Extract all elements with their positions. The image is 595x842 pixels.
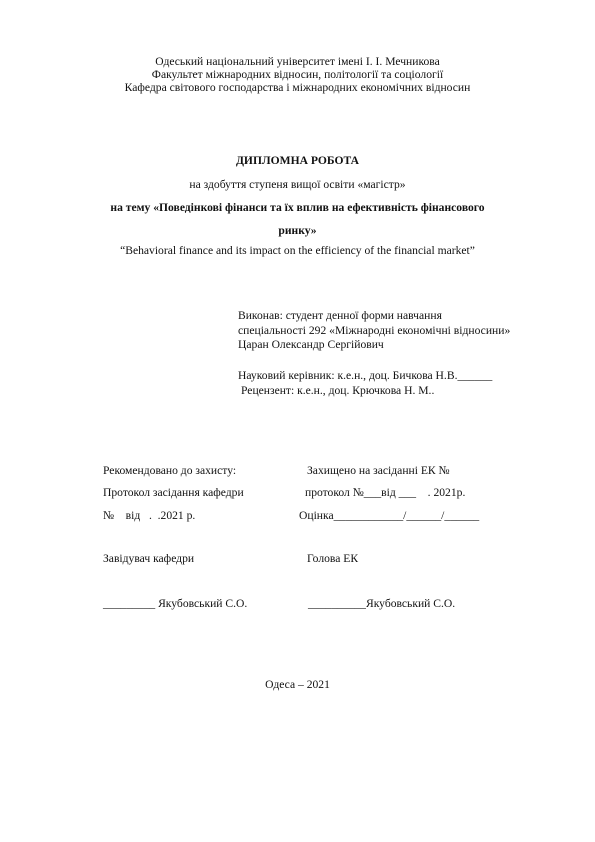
author-line-2: спеціальності 292 «Міжнародні економічні… bbox=[238, 325, 510, 337]
ek-protocol-line: протокол №___від ___ . 2021р. bbox=[305, 487, 465, 499]
work-type-heading: ДИПЛОМНА РОБОТА bbox=[0, 155, 595, 167]
topic-line-2: ринку» bbox=[0, 225, 595, 237]
grade-line: Оцінка____________/______/______ bbox=[299, 510, 479, 522]
defended-label: Захищено на засіданні ЕК № bbox=[307, 465, 450, 477]
head-of-department-label: Завідувач кафедри bbox=[103, 553, 194, 565]
reviewer-line: Рецензент: к.е.н., доц. Крючкова Н. М.. bbox=[241, 385, 434, 397]
ek-chair-label: Голова ЕК bbox=[307, 553, 358, 565]
author-line-1: Виконав: студент денної форми навчання bbox=[238, 310, 442, 322]
head-of-department-signature: _________ Якубовський С.О. bbox=[103, 598, 247, 610]
city-year: Одеса – 2021 bbox=[0, 679, 595, 691]
degree-line: на здобуття ступеня вищої освіти «магіст… bbox=[0, 179, 595, 191]
supervisor-line: Науковий керівник: к.е.н., доц. Бичкова … bbox=[238, 370, 492, 382]
ek-chair-signature: __________Якубовський С.О. bbox=[308, 598, 455, 610]
topic-english: “Behavioral finance and its impact on th… bbox=[0, 245, 595, 257]
recommended-label: Рекомендовано до захисту: bbox=[103, 465, 236, 477]
university-name: Одеський національний університет імені … bbox=[0, 56, 595, 68]
protocol-number-date: № від . .2021 р. bbox=[103, 510, 195, 522]
faculty-name: Факультет міжнародних відносин, політоло… bbox=[0, 69, 595, 81]
topic-line-1: на тему «Поведінкові фінанси та їх вплив… bbox=[0, 202, 595, 214]
department-name: Кафедра світового господарства і міжнаро… bbox=[0, 82, 595, 94]
author-name: Царан Олександр Сергійович bbox=[238, 339, 384, 351]
department-protocol-label: Протокол засідання кафедри bbox=[103, 487, 244, 499]
